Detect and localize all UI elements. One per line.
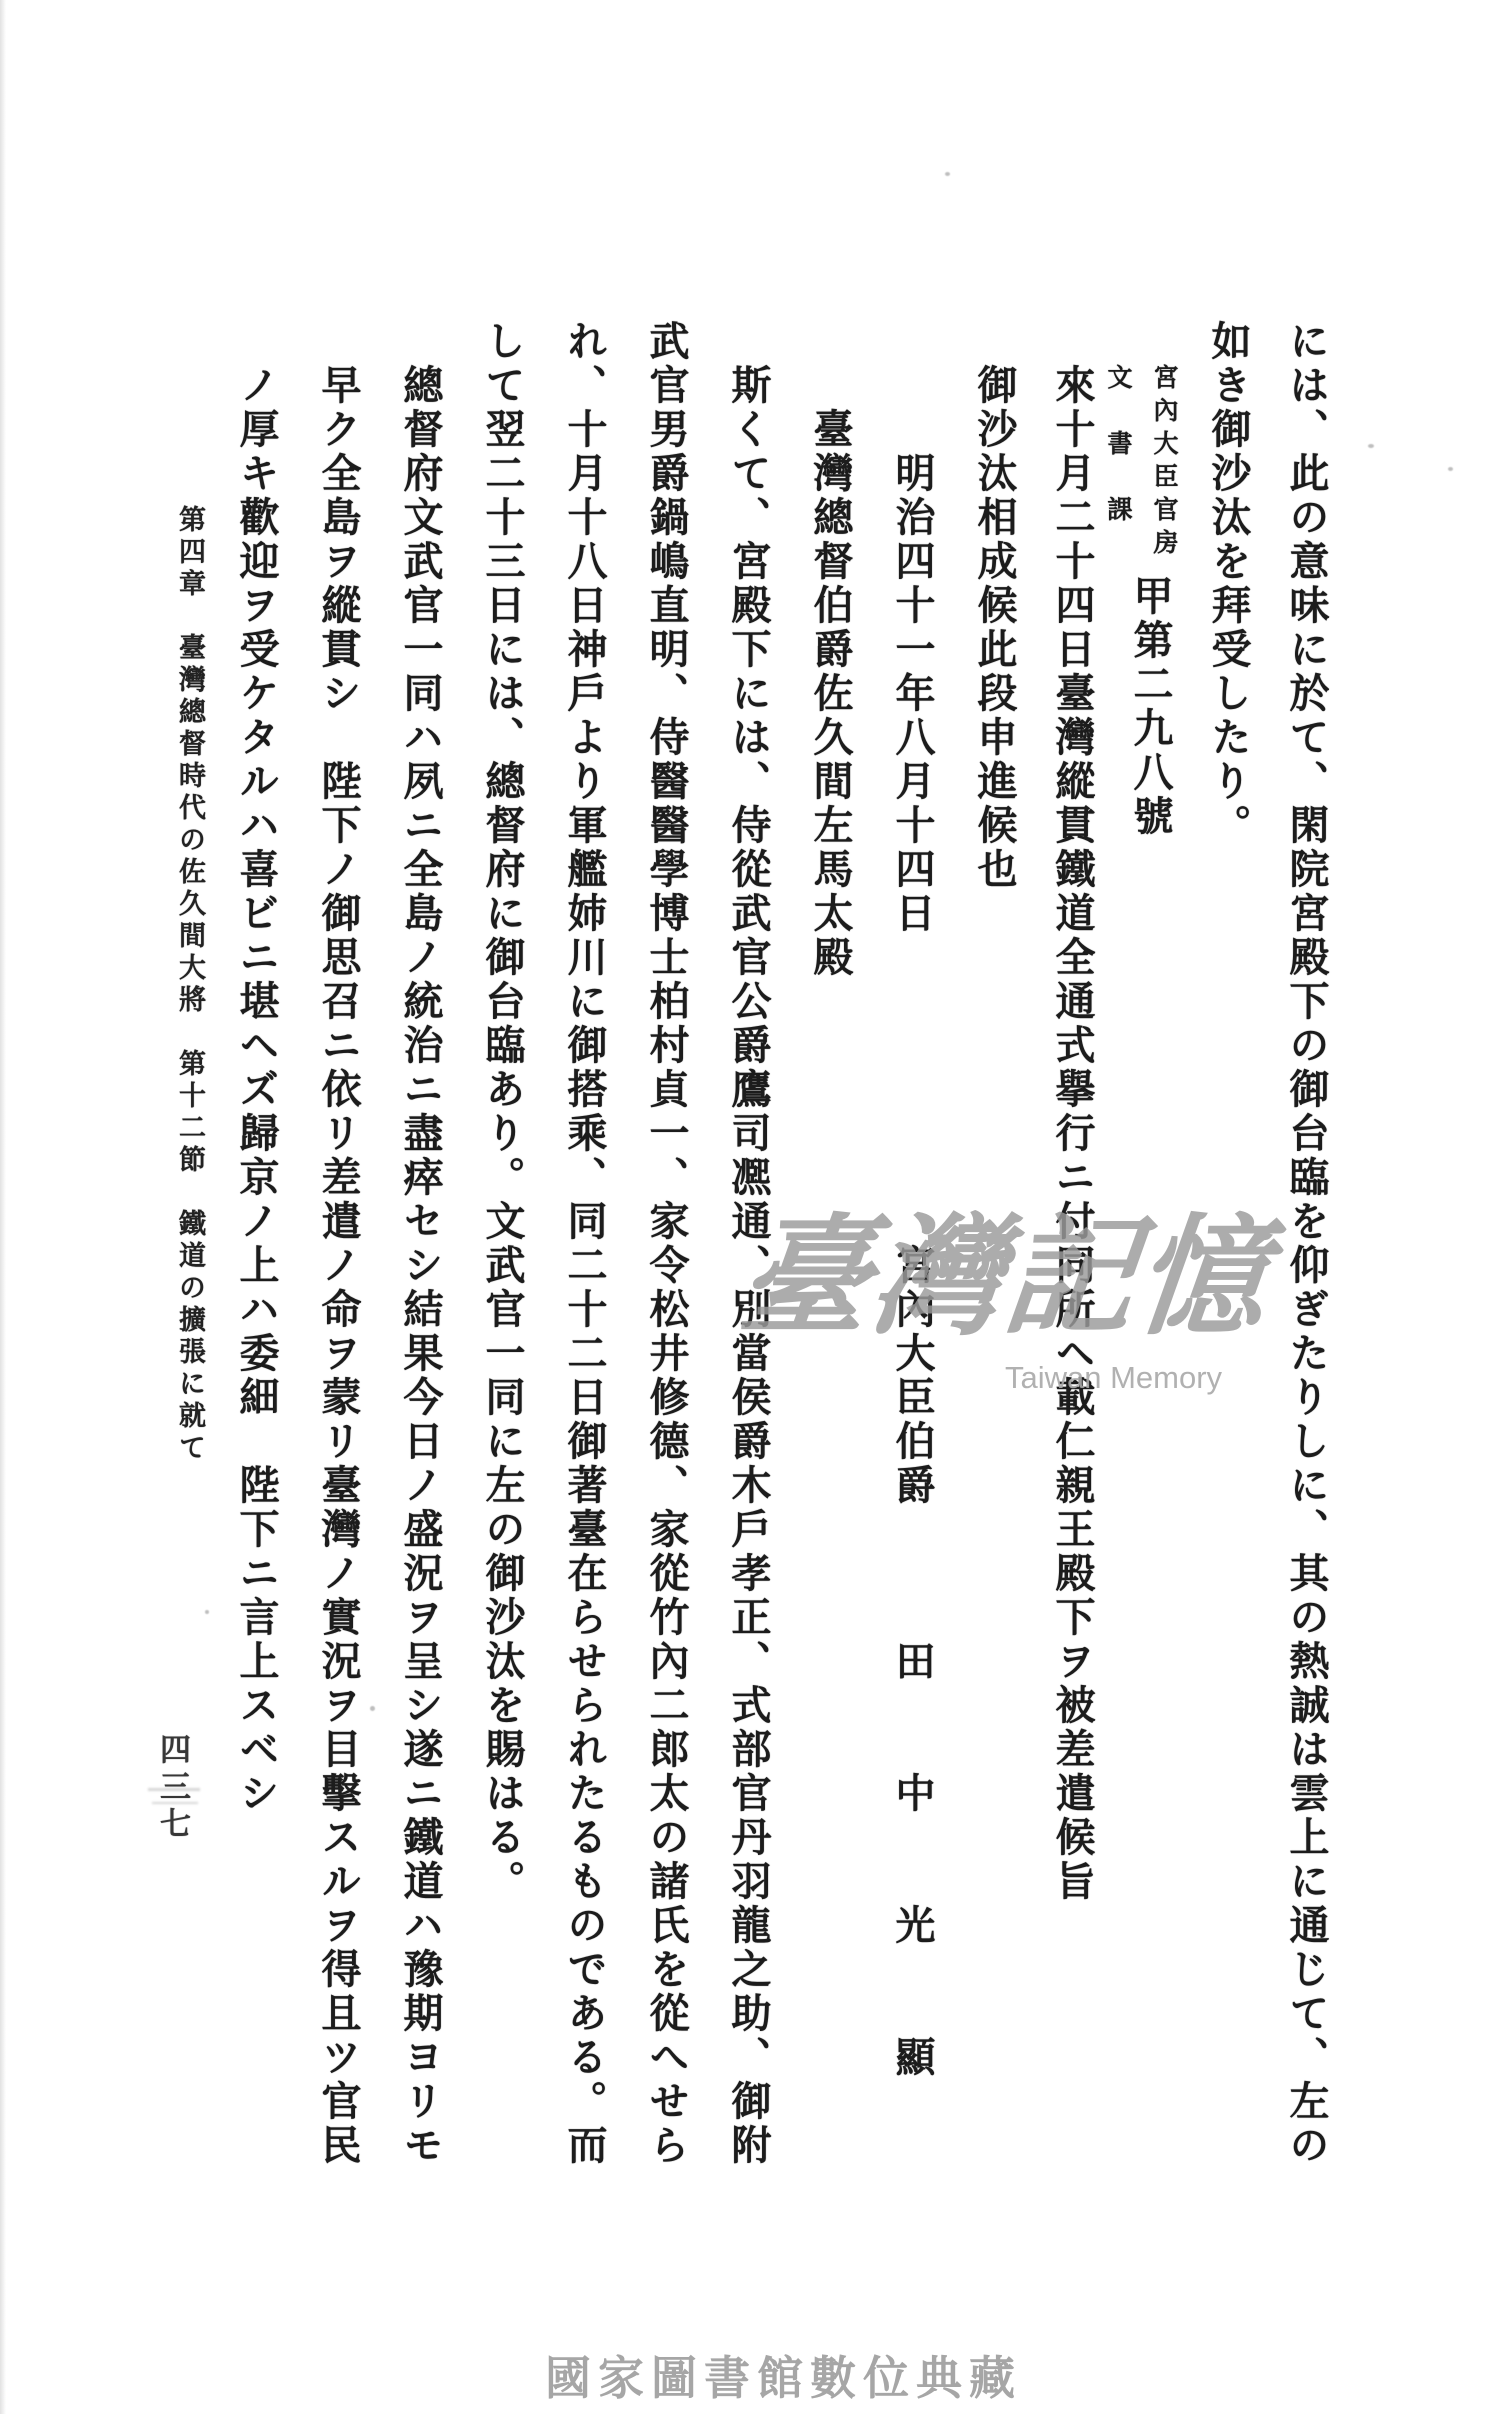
doc-number: 甲第二九八號 bbox=[1122, 575, 1179, 839]
text-column-4: 御沙汰相成候此段申進候也 bbox=[966, 364, 1023, 892]
text-column-1: には、此の意味に於て、閑院宮殿下の御台臨を仰ぎたりしに、其の熱誠は雲上に通じて、… bbox=[1278, 320, 1335, 2168]
taiwan-memory-watermark-subtitle: Taiwan Memory bbox=[1005, 1360, 1222, 1396]
scan-speck bbox=[205, 1610, 209, 1614]
scan-speck bbox=[1368, 444, 1374, 448]
scan-speck bbox=[370, 1706, 375, 1711]
text-column-13-quote: ノ厚キ歡迎ヲ受ケタルハ喜ビニ堪ヘズ歸京ノ上ハ委細 陛下ニ言上スベシ bbox=[228, 364, 285, 1816]
text-column-3: 來十月二十四日臺灣縱貫鐵道全通式擧行ニ付同所ヘ載仁親王殿下ヲ被差遣候旨 bbox=[1044, 364, 1101, 1904]
scan-smudge bbox=[148, 1788, 200, 1791]
doc-office-line: 宮內大臣官房 bbox=[1146, 364, 1182, 562]
doc-section-line: 文 書 課 bbox=[1100, 364, 1136, 529]
scan-speck bbox=[945, 172, 950, 176]
text-column-9: れ、十月十八日神戶より軍艦姉川に御搭乘、同二十二日御著臺在らせられたるものである… bbox=[556, 320, 613, 2168]
text-column-10: して翌二十三日には、總督府に御台臨あり。文武官一同に左の御沙汰を賜はる。 bbox=[474, 320, 531, 1904]
text-column-12-quote: 早ク全島ヲ縱貫シ 陛下ノ御思召ニ依リ差遣ノ命ヲ蒙リ臺灣ノ實況ヲ目擊スルヲ得且ツ官… bbox=[310, 364, 367, 2168]
library-archive-stamp: 國家圖書館數位典藏 bbox=[545, 2342, 1022, 2408]
text-column-8: 武官男爵鍋嶋直明、侍醫醫學博士柏村貞一、家令松井修德、家從竹內二郎太の諸氏を從へ… bbox=[638, 320, 695, 2168]
text-column-2: 如き御沙汰を拜受したり。 bbox=[1200, 320, 1257, 848]
text-column-11-quote: 總督府文武官一同ハ夙ニ全島ノ統治ニ盡瘁セシ結果今日ノ盛況ヲ呈シ遂ニ鐵道ハ豫期ヨリ… bbox=[392, 364, 449, 2168]
scanned-book-page: には、此の意味に於て、閑院宮殿下の御台臨を仰ぎたりしに、其の熱誠は雲上に通じて、… bbox=[0, 0, 1510, 2414]
scan-speck bbox=[1448, 467, 1453, 471]
scan-smudge bbox=[152, 1802, 198, 1804]
text-column-6-addressee: 臺灣總督伯爵佐久間左馬太殿 bbox=[802, 408, 859, 980]
taiwan-memory-watermark: 臺灣記憶 bbox=[733, 1212, 1275, 1342]
chapter-running-head: 第四章 臺灣總督時代の佐久間大將 第十二節 鐵道の擴張に就て bbox=[170, 505, 209, 1465]
